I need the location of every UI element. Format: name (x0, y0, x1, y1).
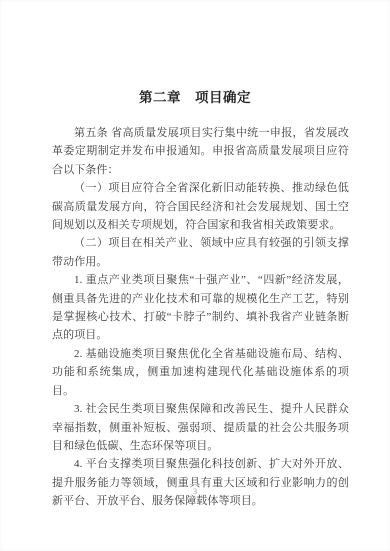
page-number: 3 (0, 486, 390, 496)
paragraph-article-5: 第五条 省高质量发展项目实行集中统一申报，省发展改革委定期制定并发布申报通知。申… (52, 124, 349, 179)
paragraph-item-3-social-livelihood: 3. 社会民生类项目聚焦保障和改善民生、提升人民群众幸福指数，侧重补短板、强弱项… (52, 400, 349, 455)
document-page: 第二章 项目确定 第五条 省高质量发展项目实行集中统一申报，省发展改革委定期制定… (0, 0, 390, 551)
paragraph-item-2-infrastructure: 2. 基础设施类项目聚焦优化全省基础设施布局、结构、功能和系统集成，侧重加速构建… (52, 345, 349, 400)
chapter-title: 第二章 项目确定 (0, 86, 390, 106)
paragraph-condition-2: （二）项目在相关产业、领域中应具有较强的引领支撑带动作用。 (52, 234, 349, 271)
paragraph-item-1-key-industry: 1. 重点产业类项目聚焦“十强产业”、“四新”经济发展，侧重具备先进的产业化技术… (52, 271, 349, 345)
document-body: 第五条 省高质量发展项目实行集中统一申报，省发展改革委定期制定并发布申报通知。申… (52, 124, 349, 511)
paragraph-condition-1: （一）项目应符合全省深化新旧动能转换、推动绿色低碳高质量发展方向，符合国民经济和… (52, 179, 349, 234)
paragraph-item-4-platform-support: 4. 平台支撑类项目聚焦强化科技创新、扩大对外开放、提升服务能力等领域，侧重具有… (52, 455, 349, 510)
